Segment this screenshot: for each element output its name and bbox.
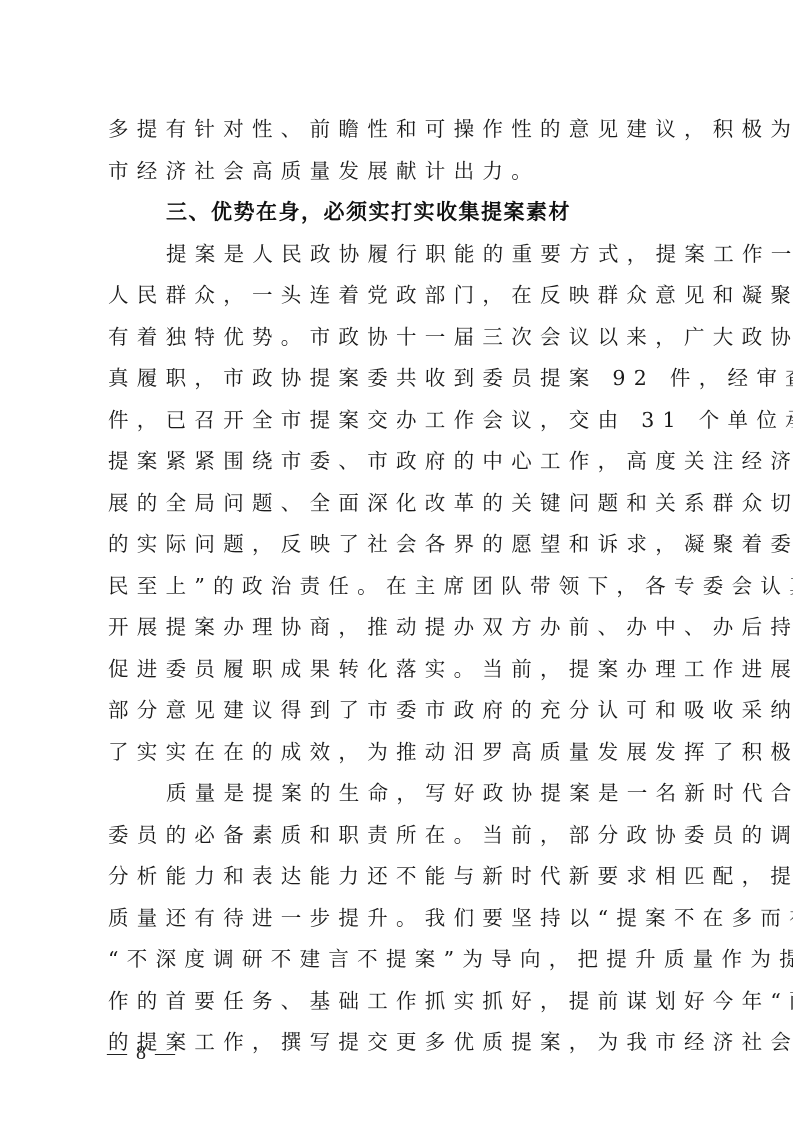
body-line: 质量还有待进一步提升。我们要坚持以“提案不在多而在精” [108,898,690,940]
body-line: 件，已召开全市提案交办工作会议，交由 31 个单位承办。这些 [108,400,690,442]
body-line: 的实际问题，反映了社会各界的愿望和诉求，凝聚着委员“人 [108,524,690,566]
body-line: 展的全局问题、全面深化改革的关键问题和关系群众切身利益 [108,483,690,525]
section-heading: 三、优势在身，必须实打实收集提案素材 [108,192,690,234]
body-line: 真履职，市政协提案委共收到委员提案 92 件，经审查立案 85 [108,358,690,400]
body-line: 市经济社会高质量发展献计出力。 [108,151,690,193]
body-line: 促进委员履职成果转化落实。当前，提案办理工作进展顺利， [108,649,690,691]
body-line: 的提案工作，撰写提交更多优质提案，为我市经济社会发展添 [108,1022,690,1064]
body-line: 有着独特优势。市政协十一届三次会议以来，广大政协委员认 [108,317,690,359]
page-number: — 8 — [107,1040,177,1066]
body-line: 开展提案办理协商，推动提办双方办前、办中、办后持续互动， [108,607,690,649]
body-line: 作的首要任务、基础工作抓实抓好，提前谋划好今年“两会” [108,981,690,1023]
body-line: 了实实在在的成效，为推动汨罗高质量发展发挥了积极作用。 [108,732,690,774]
body-line: 提案紧紧围绕市委、市政府的中心工作，高度关注经济社会发 [108,441,690,483]
body-line: 多提有针对性、前瞻性和可操作性的意见建议，积极为助推全 [108,109,690,151]
body-line: “不深度调研不建言不提案”为导向，把提升质量作为提案工 [108,939,690,981]
body-line: 人民群众，一头连着党政部门，在反映群众意见和凝聚共识上 [108,275,690,317]
paragraph-first-line: 质量是提案的生命，写好政协提案是一名新时代合格政协 [108,773,690,815]
body-line: 民至上”的政治责任。在主席团队带领下，各专委会认真组织 [108,566,690,608]
body-line: 部分意见建议得到了市委市政府的充分认可和吸收采纳，取得 [108,690,690,732]
body-line: 分析能力和表达能力还不能与新时代新要求相匹配，提案工作 [108,856,690,898]
paragraph-first-line: 提案是人民政协履行职能的重要方式，提案工作一头连着 [108,234,690,276]
document-page: 多提有针对性、前瞻性和可操作性的意见建议，积极为助推全 市经济社会高质量发展献计… [108,109,690,1064]
body-line: 委员的必备素质和职责所在。当前，部分政协委员的调研能力、 [108,815,690,857]
